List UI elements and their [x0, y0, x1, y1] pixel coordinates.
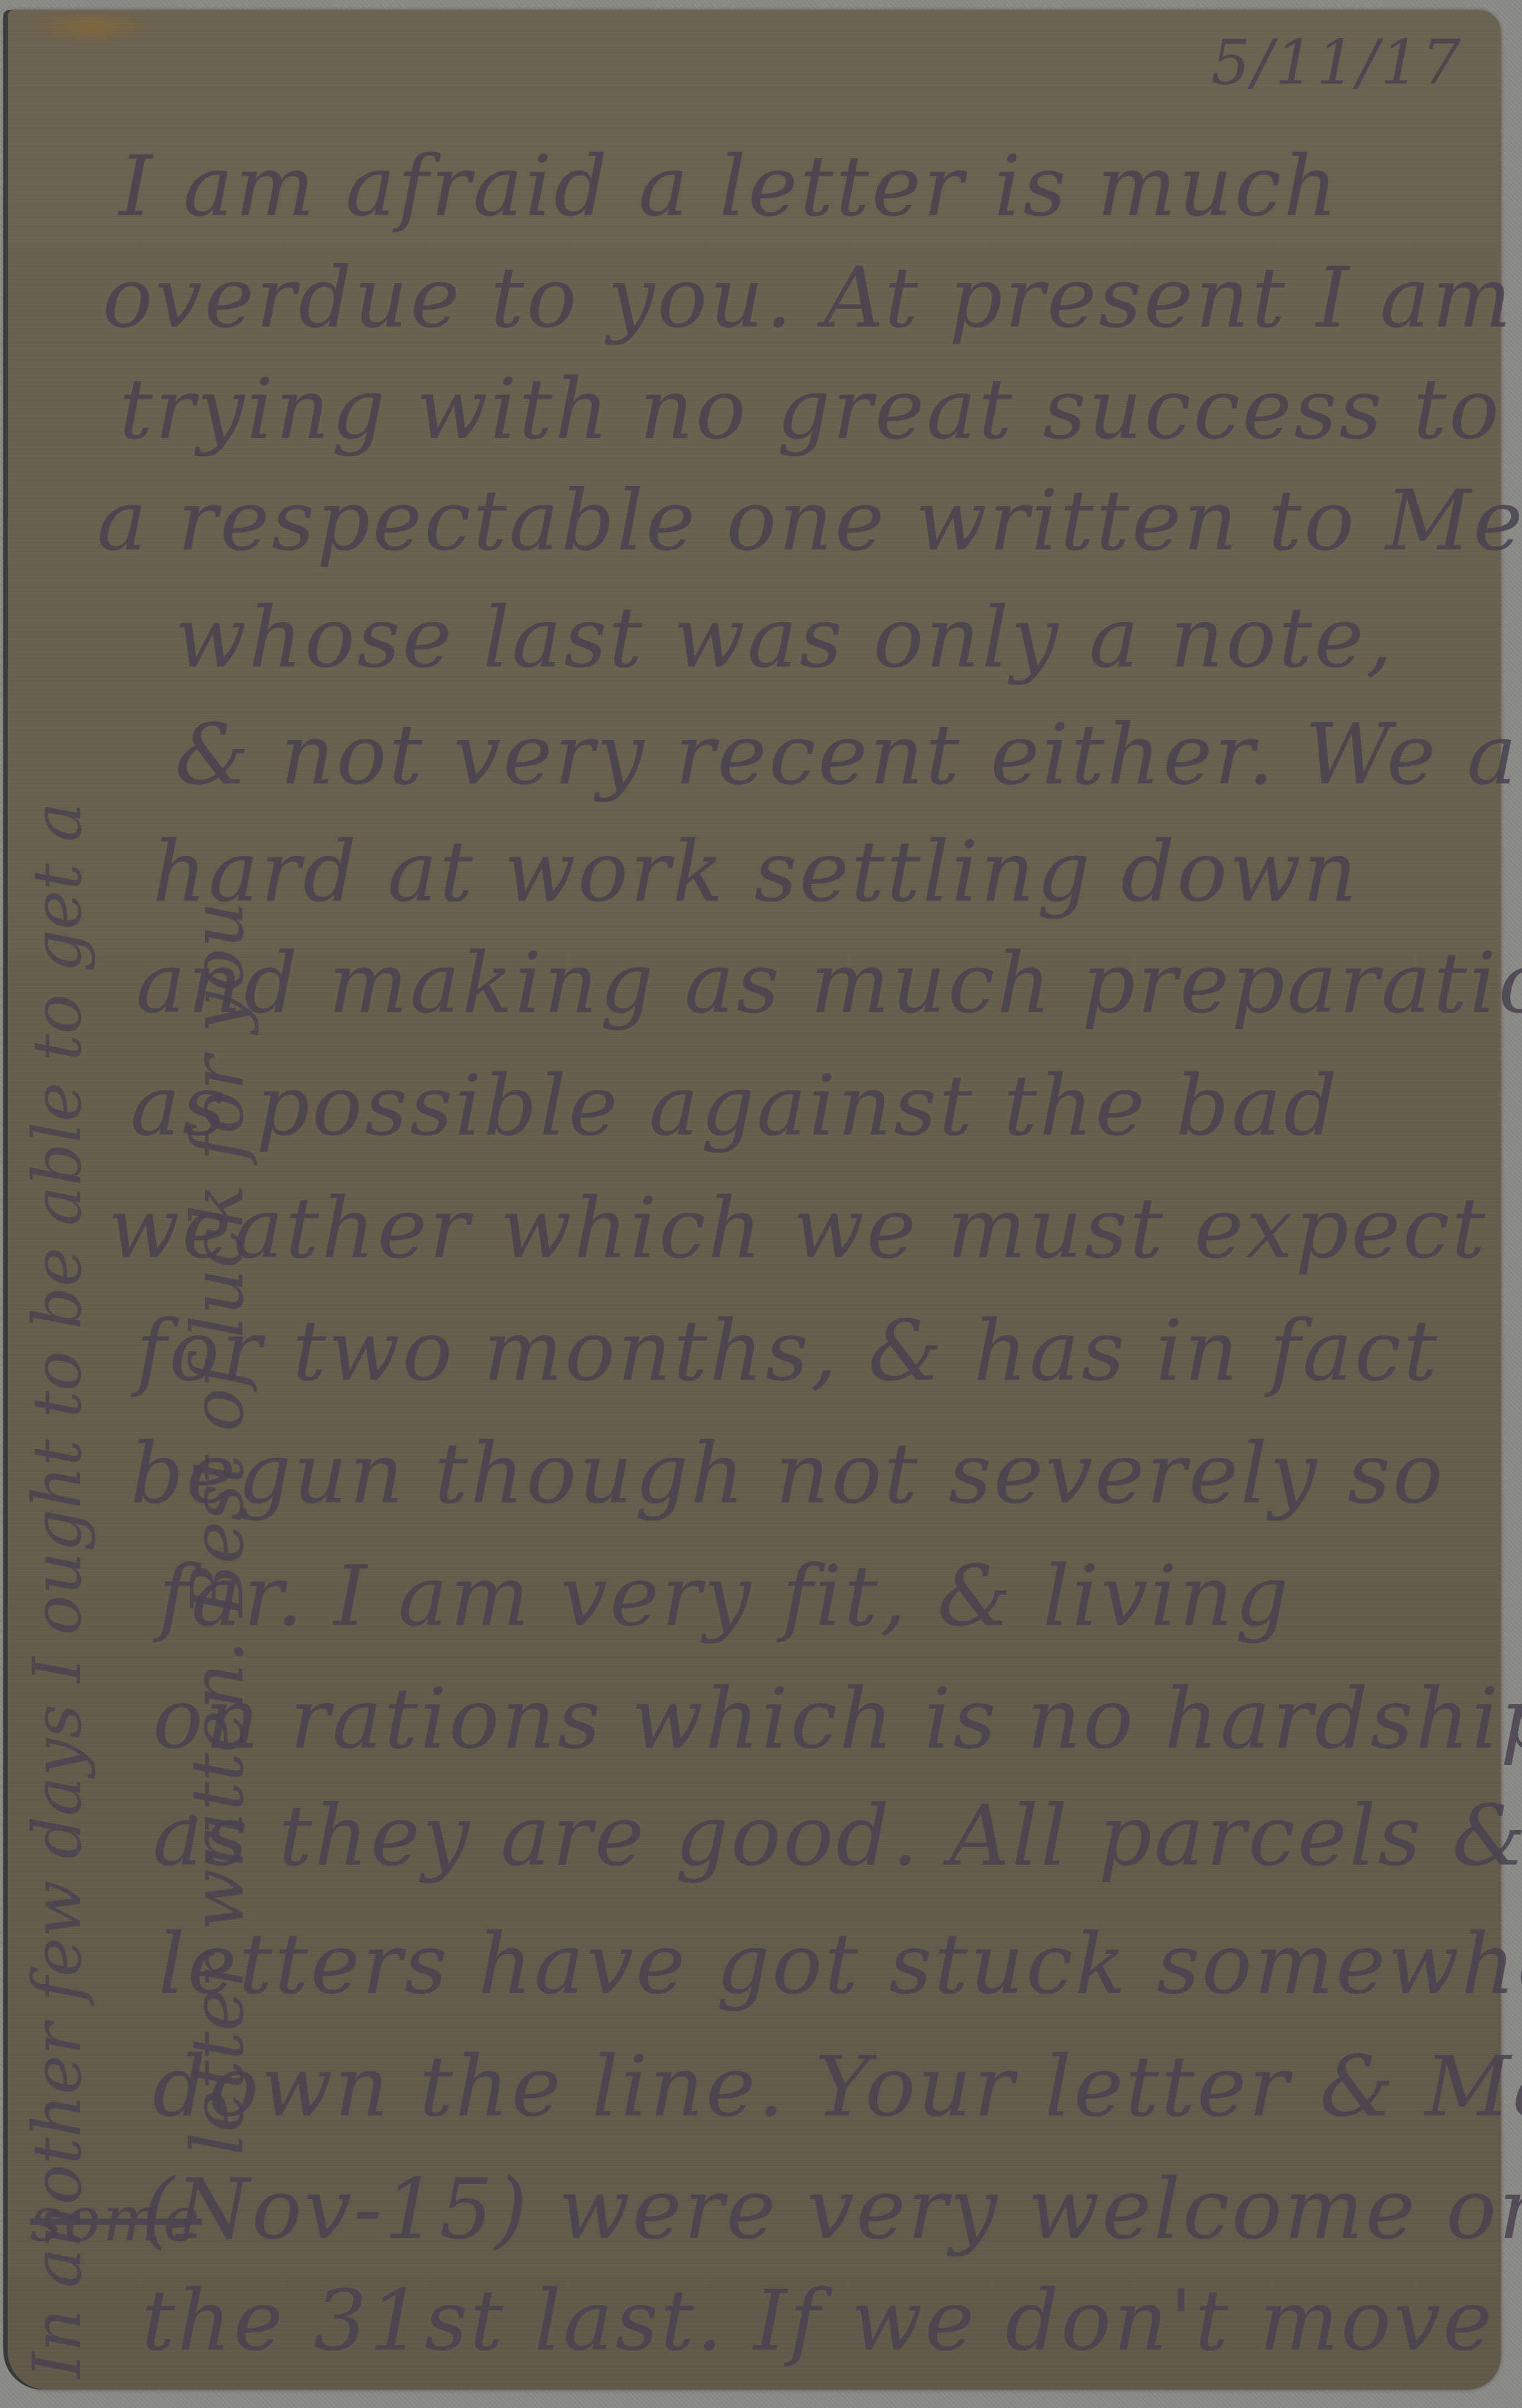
body-line-3: trying with no great success to get	[119, 361, 1522, 458]
body-line-11: for two months, & has in fact	[136, 1303, 1440, 1400]
letter-card: 5/11/17 I am afraid a letter is much ove…	[8, 10, 1501, 2390]
body-line-1: I am afraid a letter is much	[119, 138, 1340, 235]
margin-note-1: In another few days I ought to be able t…	[19, 802, 96, 2379]
body-line-18: (Nov-15) were very welcome on	[142, 2161, 1522, 2258]
body-line-12: begun though not severely so	[130, 1426, 1445, 1522]
body-line-17: down the line. Your letter & Mary's	[153, 2039, 1522, 2135]
body-line-14: on rations which is no hardship	[153, 1671, 1522, 1768]
body-line-5: whose last was only a note,	[175, 590, 1395, 687]
body-line-7: hard at work settling down	[153, 824, 1359, 921]
body-line-4: a respectable one written to Mela	[97, 473, 1522, 570]
body-line-15: as they are good. All parcels &	[153, 1788, 1522, 1885]
paper-stain	[30, 10, 153, 43]
body-line-2: overdue to you. At present I am	[103, 250, 1514, 347]
letter-date: 5/11/17	[1211, 27, 1463, 98]
body-line-8: and making as much preparation	[136, 935, 1522, 1032]
body-line-9: as possible against the bad	[130, 1058, 1339, 1155]
body-line-13: far. I am very fit, & living	[158, 1548, 1291, 1645]
margin-note-2: letter written. Best of luck for you	[175, 902, 260, 2156]
body-line-19: the 31st last. If we don't move	[142, 2273, 1495, 2370]
body-line-16: letters have got stuck somewhere	[158, 1916, 1522, 2013]
body-line-10: weather which we must expect	[108, 1180, 1487, 1277]
body-line-6: & not very recent either. We are	[175, 707, 1522, 804]
